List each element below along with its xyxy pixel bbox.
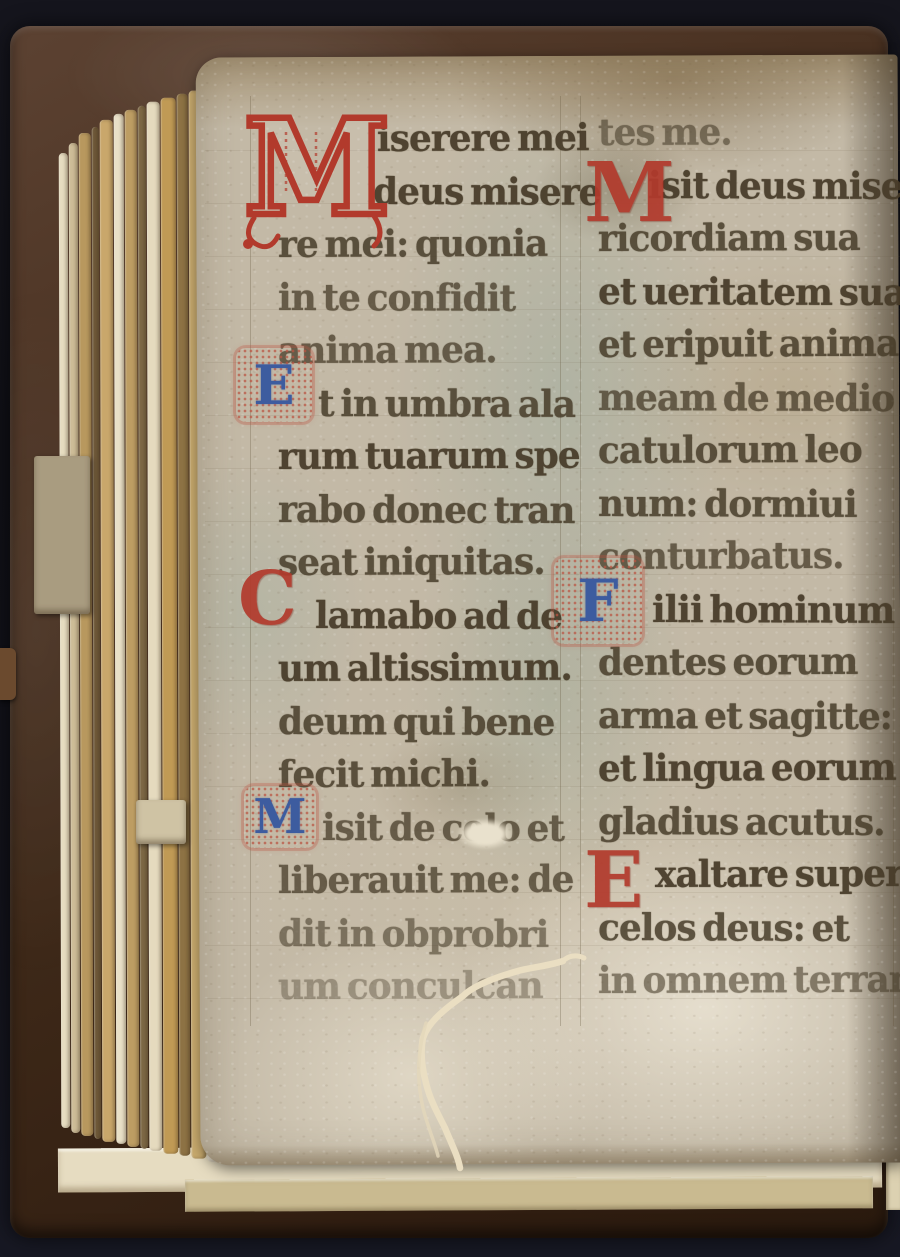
illuminated-initial-m-large: M: [238, 92, 393, 262]
red-initial-m: M: [584, 152, 675, 234]
text-line: isit deus mise: [648, 159, 900, 213]
text-line: in omnem terram: [598, 953, 899, 1007]
text-line: num: dormiui: [598, 477, 899, 531]
text-line: gladius acutus.: [598, 795, 899, 849]
text-line: seat iniquitas.: [278, 535, 579, 589]
penwork-initial-m: M: [244, 786, 316, 848]
text-line: um altissimum.: [278, 641, 579, 695]
text-line: in te confidit: [278, 271, 579, 325]
text-line: rum tuarum spe: [278, 429, 579, 483]
text-line: conturbatus.: [598, 529, 899, 583]
page-edge-strip: [161, 98, 179, 1154]
bookmark-tab-upper: [34, 456, 90, 614]
initial-letter: M: [253, 793, 306, 841]
text-line: lamabo ad de: [315, 589, 580, 643]
text-line: xaltare super: [655, 847, 900, 901]
red-initial-e: E: [584, 842, 643, 920]
text-line: isit de celo et: [322, 801, 580, 855]
text-line: deum qui bene: [278, 695, 579, 749]
initial-letter: F: [577, 572, 618, 630]
text-line: fecit michi.: [278, 747, 579, 801]
page-edge-strip: [147, 102, 163, 1151]
text-line: et eripuit anima: [598, 317, 899, 371]
parchment-crack: [388, 928, 598, 1183]
initial-letter: E: [253, 358, 294, 412]
text-line: anima mea.: [278, 323, 579, 377]
text-line: dentes eorum: [598, 635, 899, 689]
manuscript-photograph: iserere mei deus misere re mei: quonia i…: [0, 0, 900, 1257]
bookmark-tab-lower: [136, 800, 186, 844]
parchment-abrasion: [456, 818, 514, 850]
text-line: rabo donec tran: [278, 483, 579, 537]
text-line: et ueritatem sua: [598, 265, 899, 319]
text-line: deus misere: [373, 165, 582, 219]
text-line: et lingua eorum: [598, 741, 899, 795]
text-line: t in umbra ala: [318, 377, 580, 431]
text-line: liberauit me: de: [278, 853, 579, 907]
page-edge-strip: [100, 120, 116, 1142]
penwork-initial-e: E: [236, 348, 312, 422]
penwork-initial-f: F: [554, 558, 642, 644]
text-line: arma et sagitte:: [598, 689, 899, 743]
text-line: iserere mei: [377, 111, 582, 165]
text-line: meam de medio: [598, 371, 899, 425]
red-initial-c: C: [238, 562, 297, 636]
text-line: catulorum leo: [598, 423, 899, 477]
text-line: ilii hominum: [652, 583, 900, 637]
